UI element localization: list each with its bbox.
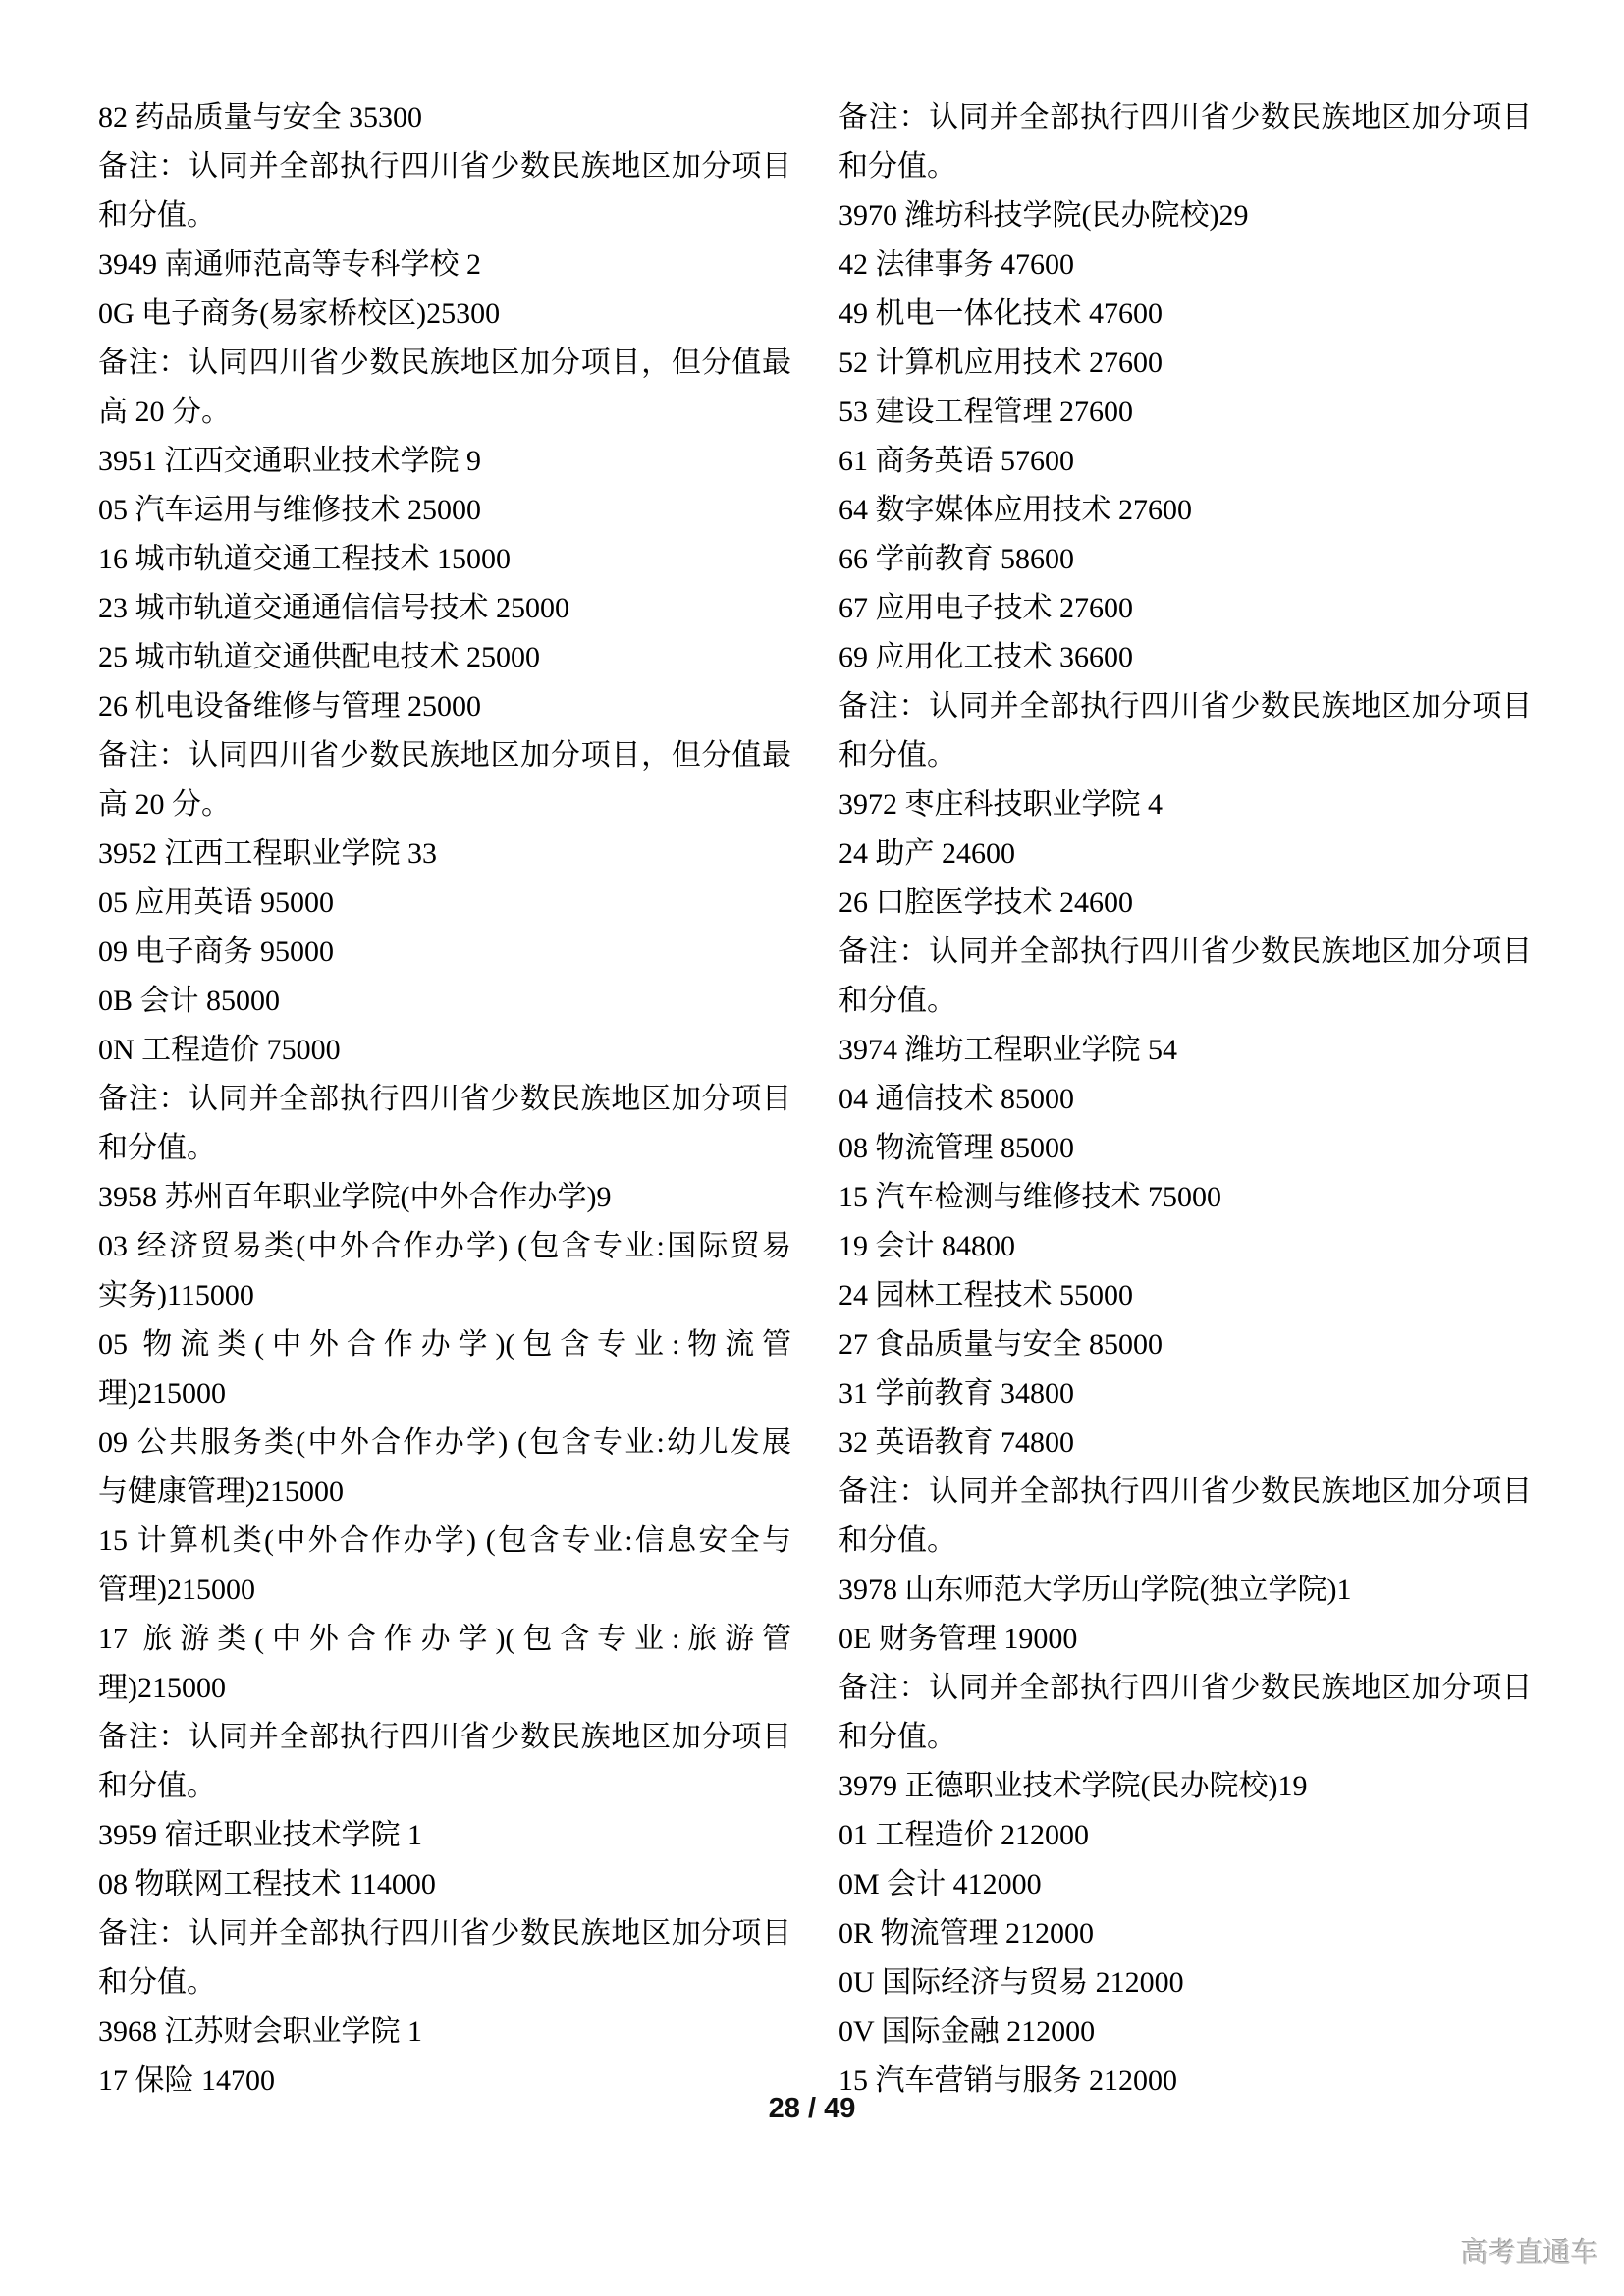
text-line: 高 20 分。	[98, 388, 791, 437]
institution-entry: 3978 山东师范大学历山学院(独立学院)1	[839, 1566, 1532, 1615]
program-entry: 26 口腔医学技术 24600	[839, 879, 1532, 928]
text-line: 64 数字媒体应用技术 27600	[839, 486, 1532, 535]
note-entry: 备注：认同并全部执行四川省少数民族地区加分项目和分值。	[98, 1909, 791, 2007]
text-line: 66 学前教育 58600	[839, 535, 1532, 584]
text-line: 26 口腔医学技术 24600	[839, 879, 1532, 928]
right-column: 备注：认同并全部执行四川省少数民族地区加分项目和分值。3970 潍坊科技学院(民…	[839, 93, 1532, 2106]
text-line: 09 电子商务 95000	[98, 928, 791, 977]
text-line: 09 公共服务类(中外合作办学) (包含专业:幼儿发展	[98, 1418, 791, 1468]
text-line: 19 会计 84800	[839, 1222, 1532, 1271]
note-entry: 备注：认同四川省少数民族地区加分项目，但分值最高 20 分。	[98, 339, 791, 437]
text-line: 实务)115000	[98, 1271, 791, 1320]
text-line: 67 应用电子技术 27600	[839, 584, 1532, 633]
program-entry: 03 经济贸易类(中外合作办学) (包含专业:国际贸易实务)115000	[98, 1222, 791, 1320]
program-entry: 32 英语教育 74800	[839, 1418, 1532, 1468]
program-entry: 19 会计 84800	[839, 1222, 1532, 1271]
page-number: 28 / 49	[0, 2089, 1624, 2128]
institution-entry: 3968 江苏财会职业学院 1	[98, 2007, 791, 2056]
text-line: 3972 枣庄科技职业学院 4	[839, 780, 1532, 829]
program-entry: 24 园林工程技术 55000	[839, 1271, 1532, 1320]
text-line: 和分值。	[98, 191, 791, 240]
text-line: 0N 工程造价 75000	[98, 1026, 791, 1075]
program-entry: 66 学前教育 58600	[839, 535, 1532, 584]
institution-entry: 3952 江西工程职业学院 33	[98, 829, 791, 879]
program-entry: 08 物流管理 85000	[839, 1124, 1532, 1173]
text-line: 和分值。	[839, 142, 1532, 191]
text-line: 23 城市轨道交通通信信号技术 25000	[98, 584, 791, 633]
program-entry: 42 法律事务 47600	[839, 240, 1532, 290]
text-line: 3949 南通师范高等专科学校 2	[98, 240, 791, 290]
note-entry: 备注：认同并全部执行四川省少数民族地区加分项目和分值。	[839, 682, 1532, 780]
text-line: 备注：认同并全部执行四川省少数民族地区加分项目	[839, 1468, 1532, 1517]
program-entry: 05 应用英语 95000	[98, 879, 791, 928]
note-entry: 备注：认同并全部执行四川省少数民族地区加分项目和分值。	[98, 1075, 791, 1173]
text-line: 与健康管理)215000	[98, 1468, 791, 1517]
text-line: 05 应用英语 95000	[98, 879, 791, 928]
text-line: 理)215000	[98, 1369, 791, 1418]
text-line: 16 城市轨道交通工程技术 15000	[98, 535, 791, 584]
text-line: 备注：认同并全部执行四川省少数民族地区加分项目	[839, 682, 1532, 731]
program-entry: 49 机电一体化技术 47600	[839, 290, 1532, 339]
text-line: 3974 潍坊工程职业学院 54	[839, 1026, 1532, 1075]
text-line: 08 物流管理 85000	[839, 1124, 1532, 1173]
note-entry: 备注：认同并全部执行四川省少数民族地区加分项目和分值。	[839, 93, 1532, 191]
text-line: 26 机电设备维修与管理 25000	[98, 682, 791, 731]
program-entry: 26 机电设备维修与管理 25000	[98, 682, 791, 731]
text-line: 17 旅游类(中外合作办学)(包含专业:旅游管	[98, 1615, 791, 1664]
watermark-gaokao-zhitongche: 高考直通车	[1461, 2236, 1598, 2269]
note-entry: 备注：认同并全部执行四川省少数民族地区加分项目和分值。	[839, 1468, 1532, 1566]
text-line: 3951 江西交通职业技术学院 9	[98, 437, 791, 486]
text-line: 0B 会计 85000	[98, 977, 791, 1026]
text-line: 管理)215000	[98, 1566, 791, 1615]
text-line: 理)215000	[98, 1664, 791, 1713]
program-entry: 82 药品质量与安全 35300	[98, 93, 791, 142]
program-entry: 0E 财务管理 19000	[839, 1615, 1532, 1664]
program-entry: 61 商务英语 57600	[839, 437, 1532, 486]
text-line: 备注：认同四川省少数民族地区加分项目，但分值最	[98, 339, 791, 388]
program-entry: 52 计算机应用技术 27600	[839, 339, 1532, 388]
program-entry: 08 物联网工程技术 114000	[98, 1860, 791, 1909]
text-line: 备注：认同并全部执行四川省少数民族地区加分项目	[98, 1713, 791, 1762]
text-line: 04 通信技术 85000	[839, 1075, 1532, 1124]
text-line: 27 食品质量与安全 85000	[839, 1320, 1532, 1369]
program-entry: 0R 物流管理 212000	[839, 1909, 1532, 1958]
text-line: 24 助产 24600	[839, 829, 1532, 879]
note-entry: 备注：认同四川省少数民族地区加分项目，但分值最高 20 分。	[98, 731, 791, 829]
program-entry: 23 城市轨道交通通信信号技术 25000	[98, 584, 791, 633]
text-line: 69 应用化工技术 36600	[839, 633, 1532, 682]
program-entry: 05 汽车运用与维修技术 25000	[98, 486, 791, 535]
program-entry: 0V 国际金融 212000	[839, 2007, 1532, 2056]
text-line: 32 英语教育 74800	[839, 1418, 1532, 1468]
note-entry: 备注：认同并全部执行四川省少数民族地区加分项目和分值。	[839, 1664, 1532, 1762]
text-line: 82 药品质量与安全 35300	[98, 93, 791, 142]
text-line: 0U 国际经济与贸易 212000	[839, 1958, 1532, 2007]
program-entry: 09 公共服务类(中外合作办学) (包含专业:幼儿发展与健康管理)215000	[98, 1418, 791, 1517]
text-line: 和分值。	[98, 1762, 791, 1811]
left-column: 82 药品质量与安全 35300备注：认同并全部执行四川省少数民族地区加分项目和…	[98, 93, 791, 2106]
program-entry: 31 学前教育 34800	[839, 1369, 1532, 1418]
text-line: 3978 山东师范大学历山学院(独立学院)1	[839, 1566, 1532, 1615]
text-line: 05 汽车运用与维修技术 25000	[98, 486, 791, 535]
institution-entry: 3959 宿迁职业技术学院 1	[98, 1811, 791, 1860]
program-entry: 17 旅游类(中外合作办学)(包含专业:旅游管理)215000	[98, 1615, 791, 1713]
text-line: 42 法律事务 47600	[839, 240, 1532, 290]
note-entry: 备注：认同并全部执行四川省少数民族地区加分项目和分值。	[98, 142, 791, 240]
text-line: 和分值。	[98, 1958, 791, 2007]
institution-entry: 3970 潍坊科技学院(民办院校)29	[839, 191, 1532, 240]
text-line: 3958 苏州百年职业学院(中外合作办学)9	[98, 1173, 791, 1222]
program-entry: 09 电子商务 95000	[98, 928, 791, 977]
text-line: 53 建设工程管理 27600	[839, 388, 1532, 437]
program-entry: 05 物流类(中外合作办学)(包含专业:物流管理)215000	[98, 1320, 791, 1418]
text-line: 和分值。	[839, 1517, 1532, 1566]
institution-entry: 3972 枣庄科技职业学院 4	[839, 780, 1532, 829]
text-line: 61 商务英语 57600	[839, 437, 1532, 486]
program-entry: 27 食品质量与安全 85000	[839, 1320, 1532, 1369]
program-entry: 24 助产 24600	[839, 829, 1532, 879]
program-entry: 25 城市轨道交通供配电技术 25000	[98, 633, 791, 682]
text-line: 0E 财务管理 19000	[839, 1615, 1532, 1664]
text-line: 和分值。	[839, 977, 1532, 1026]
text-line: 0M 会计 412000	[839, 1860, 1532, 1909]
text-line: 备注：认同并全部执行四川省少数民族地区加分项目	[839, 928, 1532, 977]
institution-entry: 3949 南通师范高等专科学校 2	[98, 240, 791, 290]
note-entry: 备注：认同并全部执行四川省少数民族地区加分项目和分值。	[98, 1713, 791, 1811]
program-entry: 0M 会计 412000	[839, 1860, 1532, 1909]
text-columns: 82 药品质量与安全 35300备注：认同并全部执行四川省少数民族地区加分项目和…	[98, 93, 1532, 2106]
text-line: 3979 正德职业技术学院(民办院校)19	[839, 1762, 1532, 1811]
institution-entry: 3974 潍坊工程职业学院 54	[839, 1026, 1532, 1075]
program-entry: 0N 工程造价 75000	[98, 1026, 791, 1075]
text-line: 和分值。	[839, 1713, 1532, 1762]
text-line: 0G 电子商务(易家桥校区)25300	[98, 290, 791, 339]
text-line: 03 经济贸易类(中外合作办学) (包含专业:国际贸易	[98, 1222, 791, 1271]
text-line: 24 园林工程技术 55000	[839, 1271, 1532, 1320]
program-entry: 0G 电子商务(易家桥校区)25300	[98, 290, 791, 339]
text-line: 和分值。	[839, 731, 1532, 780]
text-line: 和分值。	[98, 1124, 791, 1173]
text-line: 3968 江苏财会职业学院 1	[98, 2007, 791, 2056]
program-entry: 15 计算机类(中外合作办学) (包含专业:信息安全与管理)215000	[98, 1517, 791, 1615]
program-entry: 01 工程造价 212000	[839, 1811, 1532, 1860]
text-line: 3959 宿迁职业技术学院 1	[98, 1811, 791, 1860]
program-entry: 67 应用电子技术 27600	[839, 584, 1532, 633]
program-entry: 15 汽车检测与维修技术 75000	[839, 1173, 1532, 1222]
program-entry: 16 城市轨道交通工程技术 15000	[98, 535, 791, 584]
text-line: 0V 国际金融 212000	[839, 2007, 1532, 2056]
institution-entry: 3958 苏州百年职业学院(中外合作办学)9	[98, 1173, 791, 1222]
text-line: 备注：认同并全部执行四川省少数民族地区加分项目	[98, 1909, 791, 1958]
text-line: 3970 潍坊科技学院(民办院校)29	[839, 191, 1532, 240]
text-line: 49 机电一体化技术 47600	[839, 290, 1532, 339]
program-entry: 04 通信技术 85000	[839, 1075, 1532, 1124]
text-line: 备注：认同四川省少数民族地区加分项目，但分值最	[98, 731, 791, 780]
note-entry: 备注：认同并全部执行四川省少数民族地区加分项目和分值。	[839, 928, 1532, 1026]
text-line: 备注：认同并全部执行四川省少数民族地区加分项目	[98, 1075, 791, 1124]
text-line: 05 物流类(中外合作办学)(包含专业:物流管	[98, 1320, 791, 1369]
document-page: 82 药品质量与安全 35300备注：认同并全部执行四川省少数民族地区加分项目和…	[0, 0, 1624, 2296]
text-line: 08 物联网工程技术 114000	[98, 1860, 791, 1909]
text-line: 25 城市轨道交通供配电技术 25000	[98, 633, 791, 682]
text-line: 01 工程造价 212000	[839, 1811, 1532, 1860]
institution-entry: 3951 江西交通职业技术学院 9	[98, 437, 791, 486]
text-line: 备注：认同并全部执行四川省少数民族地区加分项目	[839, 1664, 1532, 1713]
text-line: 备注：认同并全部执行四川省少数民族地区加分项目	[839, 93, 1532, 142]
text-line: 备注：认同并全部执行四川省少数民族地区加分项目	[98, 142, 791, 191]
program-entry: 69 应用化工技术 36600	[839, 633, 1532, 682]
text-line: 15 计算机类(中外合作办学) (包含专业:信息安全与	[98, 1517, 791, 1566]
program-entry: 0B 会计 85000	[98, 977, 791, 1026]
text-line: 15 汽车检测与维修技术 75000	[839, 1173, 1532, 1222]
program-entry: 64 数字媒体应用技术 27600	[839, 486, 1532, 535]
institution-entry: 3979 正德职业技术学院(民办院校)19	[839, 1762, 1532, 1811]
program-entry: 53 建设工程管理 27600	[839, 388, 1532, 437]
text-line: 52 计算机应用技术 27600	[839, 339, 1532, 388]
text-line: 31 学前教育 34800	[839, 1369, 1532, 1418]
text-line: 高 20 分。	[98, 780, 791, 829]
program-entry: 0U 国际经济与贸易 212000	[839, 1958, 1532, 2007]
text-line: 3952 江西工程职业学院 33	[98, 829, 791, 879]
text-line: 0R 物流管理 212000	[839, 1909, 1532, 1958]
